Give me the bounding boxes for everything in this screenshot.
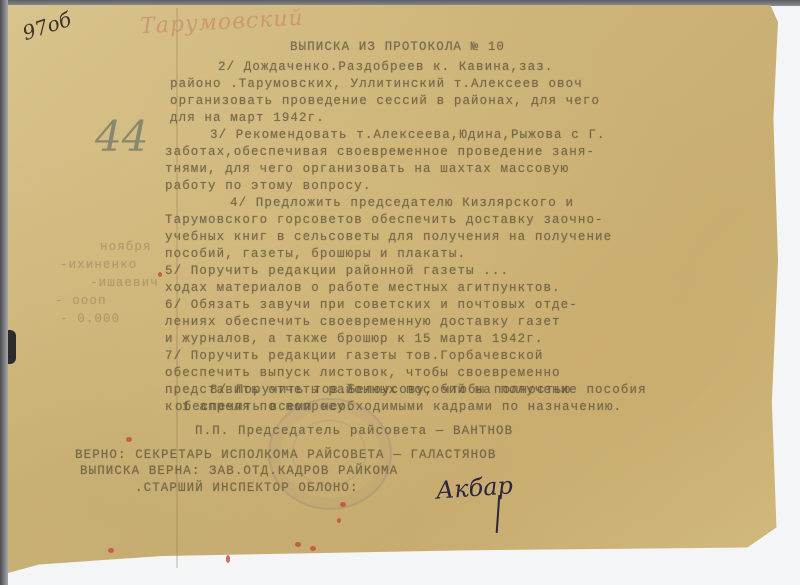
round-seal-stamp-icon	[268, 398, 392, 510]
red-ink-spot	[295, 542, 301, 547]
margin-ghost-line: -ишаевич	[90, 276, 159, 290]
typed-line: и журналов, а также брошюр к 15 марта 19…	[165, 332, 543, 346]
margin-ghost-line: -ихиненко	[60, 258, 137, 272]
typed-line: обеспечить всеми необходимыми кадрами по…	[175, 400, 622, 414]
red-ink-spot	[108, 548, 114, 553]
typed-line: 3/ Рекомендовать т.Алексеева,Юдина,Рыжов…	[210, 128, 606, 142]
margin-ghost-line: - оооп	[55, 294, 107, 308]
typed-line: организовать проведение сессий в районах…	[170, 94, 600, 108]
seal-inner-ring	[292, 420, 366, 486]
red-ink-spot	[158, 272, 162, 277]
typed-line: обеспечить выпуск листовок, чтобы своевр…	[165, 366, 561, 380]
margin-ghost-line: - 0.000	[60, 312, 120, 326]
red-ink-spot	[337, 518, 341, 523]
typed-line: 5/ Поручить редакции районной газеты ...	[165, 264, 509, 278]
typed-line: заботах,обеспечивая своевременное провед…	[165, 145, 595, 159]
typed-line: учебных книг в сельсоветы для получения …	[165, 230, 612, 244]
typed-line: пособий, газеты, брошюры и плакаты.	[165, 247, 466, 261]
red-ink-spot	[126, 437, 132, 442]
typed-line: ходах материалов о работе местных агитпу…	[165, 281, 561, 295]
pencil-sheet-number: 44	[95, 112, 148, 161]
handwritten-signature: Акбар	[435, 471, 514, 504]
typed-line: тнями, для чего организовать на шахтах м…	[165, 162, 569, 176]
typed-line: районо .Тарумовских, Уллитинский т.Алекс…	[170, 77, 583, 91]
typed-line: 4/ Предложить председателю Кизлярского и	[230, 196, 574, 210]
typed-line: 6/ Обязать завучи при советских и почтов…	[165, 298, 578, 312]
typed-line: лениях обеспечить своевременную доставку…	[165, 315, 561, 329]
typed-line: 8/ Поручить тов.Белоусову, чтобы полност…	[210, 383, 571, 397]
typed-line: Тарумовского горсоветов обеспечить доста…	[165, 213, 604, 227]
typed-line: 2/ Дождаченко.Раздобреев к. Кавина,заз.	[218, 60, 553, 74]
typed-line: ВЫПИСКА ИЗ ПРОТОКОЛА № 10	[290, 40, 505, 54]
typed-line: 7/ Поручить редакции газеты тов.Горбачев…	[165, 349, 543, 363]
red-ink-spot	[226, 555, 230, 563]
scanner-edge-left	[0, 0, 8, 585]
typed-line: для на март 1942г.	[170, 111, 325, 125]
typed-line: работу по этому вопросу.	[165, 179, 371, 193]
binding-hole-shadow	[8, 330, 16, 364]
red-ink-spot	[310, 546, 316, 551]
red-ink-spot	[340, 502, 346, 507]
margin-ghost-line: ноября	[100, 240, 152, 254]
